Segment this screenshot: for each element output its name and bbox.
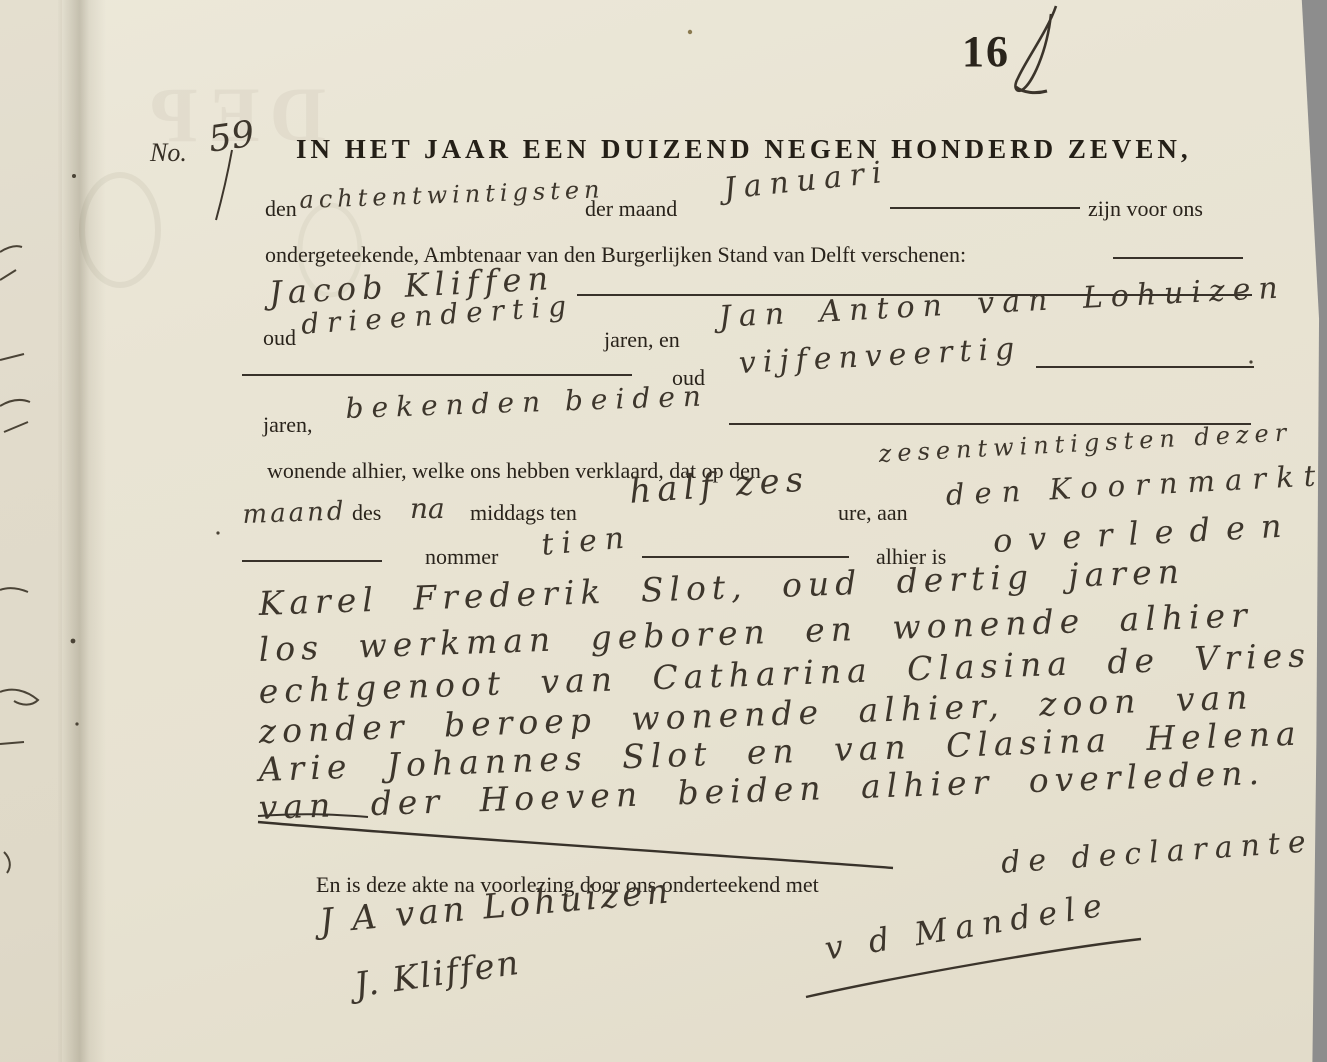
paper-sheet: DEP 16 No. 59 IN HET JAAR EEN DUIZEND NE… — [0, 0, 1327, 1062]
printed-jaren: jaren, — [263, 412, 312, 438]
handwritten-declarant2-name: Jan Anton van Lohuizen — [718, 270, 1287, 335]
blank-line-rule — [1113, 257, 1243, 259]
document-title: IN HET JAAR EEN DUIZEND NEGEN HONDERD ZE… — [296, 134, 1192, 165]
blank-line-rule — [1036, 366, 1254, 368]
printed-oud: oud — [263, 325, 296, 351]
printed-den: den — [265, 196, 297, 222]
handwritten-bekenden: bekenden beiden — [345, 379, 709, 425]
handwritten-na: na — [410, 492, 445, 525]
closing-diagonal-stroke — [258, 822, 893, 868]
blank-line-rule — [642, 556, 849, 558]
act-number-label: No. — [150, 138, 187, 168]
handwritten-age2: vijfenveertig — [738, 331, 1022, 381]
handwritten-death-day: zesentwintigsten dezer — [878, 418, 1293, 468]
printed-ure-aan: ure, aan — [838, 500, 908, 526]
printed-middags-ten: middags ten — [470, 500, 577, 526]
handwritten-signed-with: de declaranten. — [1000, 821, 1327, 881]
paper-speck — [216, 531, 219, 534]
paper-speck — [1249, 360, 1252, 363]
handwritten-overleden: overleden — [992, 506, 1298, 560]
handwritten-address: den Koornmarkt — [945, 458, 1326, 512]
act-number-value: 59 — [206, 114, 257, 161]
paper-speck — [688, 30, 692, 34]
blank-line-rule — [242, 374, 632, 376]
binding-crease — [58, 0, 106, 1062]
scanned-death-record-page: DEP 16 No. 59 IN HET JAAR EEN DUIZEND NE… — [0, 0, 1327, 1062]
printed-nommer: nommer — [425, 544, 498, 570]
handwritten-house-number: tien — [540, 520, 633, 563]
handwritten-day: achtentwintigsten — [299, 175, 605, 214]
page-number-paraph-base — [1016, 87, 1047, 93]
blank-line-rule — [890, 207, 1080, 209]
blank-line-rule — [242, 560, 382, 562]
signature-declarant1: J. Kliffen — [352, 943, 523, 1006]
previous-page-edge — [0, 0, 62, 1062]
act-number-tail-stroke — [216, 150, 232, 220]
page-number: 16 — [962, 26, 1010, 77]
printed-des: des — [352, 500, 381, 526]
printed-der-maand: der maand — [585, 196, 677, 222]
page-number-paraph — [1015, 6, 1056, 91]
handwritten-maand: maand — [242, 496, 347, 530]
printed-official-line: ondergeteekende, Ambtenaar van den Burge… — [265, 242, 966, 268]
printed-jaren-en: jaren, en — [604, 327, 680, 353]
printed-zijn-voor-ons: zijn voor ons — [1088, 196, 1203, 222]
signature-official: v d Mandele — [822, 885, 1112, 968]
